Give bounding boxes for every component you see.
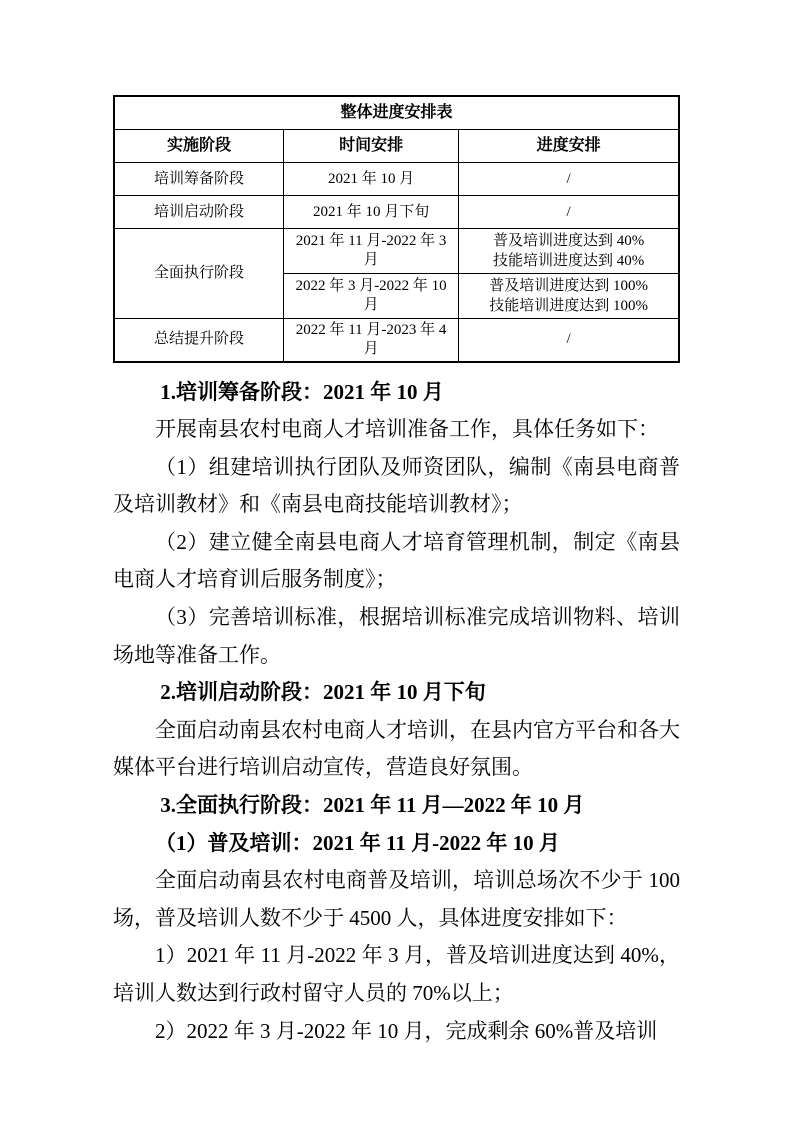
paragraph-step-2: 2）2022 年 3 月-2022 年 10 月，完成剩余 60%普及培训 [113, 1013, 680, 1051]
table-title-row: 整体进度安排表 [114, 96, 679, 130]
cell-time: 2021 年 10 月 [284, 163, 459, 196]
col-header-progress: 进度安排 [459, 130, 679, 163]
cell-progress: 普及培训进度达到 40% 技能培训进度达到 40% [459, 229, 679, 274]
progress-line: 普及培训进度达到 40% [463, 231, 674, 251]
cell-time: 2021 年 11 月-2022 年 3 月 [284, 229, 459, 274]
progress-line: 技能培训进度达到 40% [463, 251, 674, 271]
col-header-stage: 实施阶段 [114, 130, 284, 163]
paragraph-task-3: （3）完善培训标准，根据培训标准完成培训物料、培训场地等准备工作。 [113, 599, 680, 674]
table-row: 培训启动阶段 2021 年 10 月下旬 / [114, 196, 679, 229]
heading-phase-1: 1.培训筹备阶段：2021 年 10 月 [113, 374, 680, 412]
table-row: 全面执行阶段 2021 年 11 月-2022 年 3 月 普及培训进度达到 4… [114, 229, 679, 274]
table-title: 整体进度安排表 [114, 96, 679, 130]
cell-time: 2021 年 10 月下旬 [284, 196, 459, 229]
overall-schedule-table: 整体进度安排表 实施阶段 时间安排 进度安排 培训筹备阶段 2021 年 10 … [113, 95, 680, 363]
heading-phase-3: 3.全面执行阶段：2021 年 11 月—2022 年 10 月 [113, 787, 680, 825]
cell-stage: 培训筹备阶段 [114, 163, 284, 196]
paragraph-step-1: 1）2021 年 11 月-2022 年 3 月，普及培训进度达到 40%，培训… [113, 937, 680, 1012]
progress-line: 技能培训进度达到 100% [463, 296, 674, 316]
paragraph: 全面启动南县农村电商普及培训，培训总场次不少于 100 场，普及培训人数不少于 … [113, 862, 680, 937]
cell-time: 2022 年 3 月-2022 年 10 月 [284, 274, 459, 319]
heading-phase-2: 2.培训启动阶段：2021 年 10 月下旬 [113, 674, 680, 712]
cell-progress: / [459, 319, 679, 362]
progress-line: 普及培训进度达到 100% [463, 276, 674, 296]
paragraph-task-1: （1）组建培训执行团队及师资团队，编制《南县电商普及培训教材》和《南县电商技能培… [113, 449, 680, 524]
cell-progress: 普及培训进度达到 100% 技能培训进度达到 100% [459, 274, 679, 319]
cell-stage: 总结提升阶段 [114, 319, 284, 362]
table-row: 总结提升阶段 2022 年 11 月-2023 年 4 月 / [114, 319, 679, 362]
cell-progress: / [459, 163, 679, 196]
subheading-puji-training: （1）普及培训：2021 年 11 月-2022 年 10 月 [113, 825, 680, 863]
paragraph: 开展南县农村电商人才培训准备工作，具体任务如下： [113, 411, 680, 449]
col-header-time: 时间安排 [284, 130, 459, 163]
cell-stage: 培训启动阶段 [114, 196, 284, 229]
document-body: 1.培训筹备阶段：2021 年 10 月 开展南县农村电商人才培训准备工作，具体… [113, 374, 680, 1051]
cell-stage: 全面执行阶段 [114, 229, 284, 319]
paragraph: 全面启动南县农村电商人才培训，在县内官方平台和各大媒体平台进行培训启动宣传，营造… [113, 712, 680, 787]
table-header-row: 实施阶段 时间安排 进度安排 [114, 130, 679, 163]
table-row: 培训筹备阶段 2021 年 10 月 / [114, 163, 679, 196]
cell-time: 2022 年 11 月-2023 年 4 月 [284, 319, 459, 362]
paragraph-task-2: （2）建立健全南县电商人才培育管理机制，制定《南县电商人才培育训后服务制度》； [113, 524, 680, 599]
document-page: 整体进度安排表 实施阶段 时间安排 进度安排 培训筹备阶段 2021 年 10 … [0, 0, 793, 1122]
cell-progress: / [459, 196, 679, 229]
